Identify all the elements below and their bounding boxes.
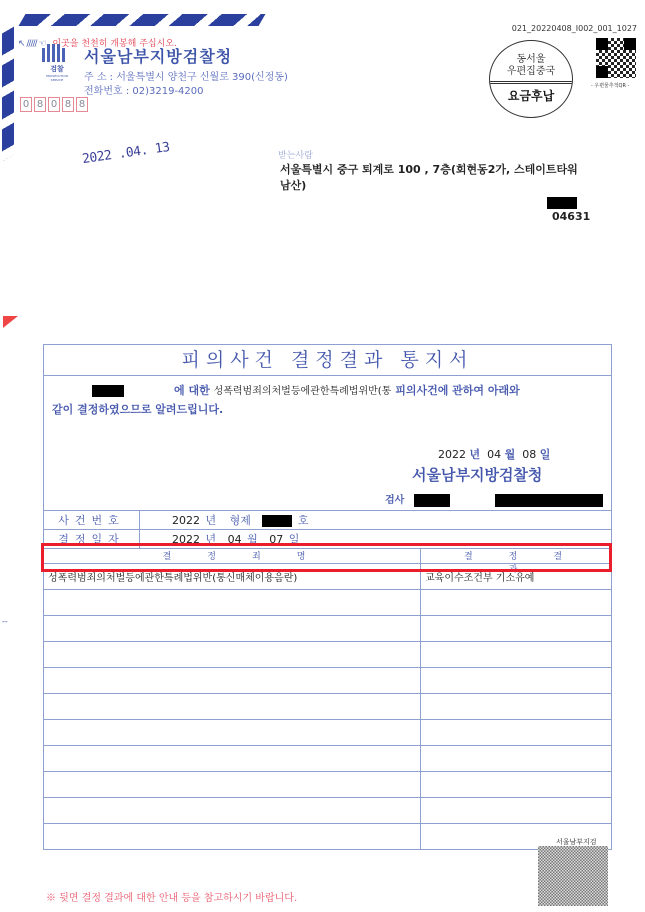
received-date-stamp: 2022 .04. 13	[81, 140, 170, 167]
table-row-empty	[44, 693, 611, 719]
recipient-zip: 04631	[552, 210, 590, 223]
red-corner-mark	[3, 316, 18, 328]
crime-cell	[44, 590, 421, 615]
crime-cell	[44, 824, 421, 849]
prosecutor-name-redacted	[414, 494, 450, 507]
recipient-label: 받는사람	[278, 148, 313, 161]
decision-notice-form: 피의사건 결정결과 통지서 에 대한 성폭력범죄의처벌등에관한특례법위반(통 피…	[43, 344, 612, 850]
table-row-empty	[44, 719, 611, 745]
logo-text: 검찰	[42, 64, 72, 74]
document-code: 021_20220408_I002_001_1027	[512, 24, 637, 33]
table-row-empty	[44, 667, 611, 693]
intro-rest2: 같이 결정하였으므로 알려드립니다.	[52, 403, 223, 416]
highlight-box	[41, 543, 612, 572]
case-suffix: 호	[298, 514, 309, 527]
crime-cell	[44, 668, 421, 693]
crime-cell	[44, 642, 421, 667]
zip-digit: 8	[62, 97, 74, 112]
airmail-stripe-top	[19, 14, 266, 26]
table-row-empty	[44, 797, 611, 823]
logo-bars-icon	[42, 44, 72, 62]
table-row-empty	[44, 615, 611, 641]
prosecutor-label: 검사	[385, 495, 404, 506]
sender-zip: 0 8 0 8 8	[20, 97, 88, 112]
intro-rest1: 피의사건에 관하여 아래와	[395, 384, 520, 397]
issuing-office: 서울남부지방검찰청	[412, 466, 542, 484]
suspect-name-redacted	[92, 385, 124, 397]
qr-label: - 우편물추적QR -	[591, 82, 629, 89]
crime-cell	[44, 798, 421, 823]
sender-tel: 전화번호 : 02)3219-4200	[84, 82, 204, 97]
table-row-empty	[44, 771, 611, 797]
intro-crime: 성폭력범죄의처벌등에관한특례법위반(통	[214, 386, 392, 397]
notice-title: 피의사건 결정결과 통지서	[44, 345, 611, 376]
issue-day-unit: 일	[540, 448, 551, 461]
decision-table: 결정죄명 결정결과 성폭력범죄의처벌등에관한특례법위반(통신매체이용음란) 교육…	[44, 548, 611, 849]
recipient-name-redacted	[547, 197, 577, 209]
issue-year: 2022	[438, 448, 466, 461]
zip-digit: 0	[48, 97, 60, 112]
logo-subtext: PROSECUTION SERVICE	[42, 74, 72, 82]
table-row-empty	[44, 589, 611, 615]
case-type: 형제	[230, 514, 251, 527]
sender-name: 서울남부지방검찰청	[84, 44, 232, 67]
prosecutor-line: 검사	[385, 492, 603, 510]
issue-day: 08	[522, 448, 536, 461]
prosecutor-seal-redacted	[495, 494, 603, 507]
issue-month: 04	[487, 448, 501, 461]
footnote: ※ 뒷면 결정 결과에 대한 안내 등을 참고하시기 바랍니다.	[46, 889, 297, 904]
crime-cell	[44, 772, 421, 797]
postmark-office-line1: 동서울	[507, 54, 555, 66]
zip-digit: 8	[34, 97, 46, 112]
recipient-address: 서울특별시 중구 퇴계로 100 , 7층(회현동2가, 스테이트타워 남산)	[280, 162, 590, 194]
zip-digit: 8	[76, 97, 88, 112]
zip-digit: 0	[20, 97, 32, 112]
crime-cell	[44, 720, 421, 745]
case-year-unit: 년	[206, 514, 217, 527]
issue-date: 2022 년 04 월 08 일	[438, 446, 550, 464]
intro-about: 에 대한	[174, 384, 210, 397]
case-year: 2022	[172, 514, 200, 527]
airmail-stripe-left	[2, 27, 14, 162]
notice-intro: 에 대한 성폭력범죄의처벌등에관한특례법위반(통 피의사건에 관하여 아래와 같…	[44, 376, 611, 510]
case-number-row: 사건번호 2022 년 형제 호	[44, 510, 611, 529]
table-row-empty	[44, 745, 611, 771]
authentication-code-icon	[538, 846, 608, 906]
crime-cell	[44, 616, 421, 641]
postmark-stamp: 동서울 우편집중국 요금후납	[489, 40, 573, 118]
issue-year-unit: 년	[470, 448, 481, 461]
postmark-fee: 요금후납	[508, 87, 554, 104]
table-row-empty	[44, 641, 611, 667]
sender-address: 주 소 : 서울특별시 양천구 신월로 390(신정동)	[84, 68, 288, 83]
sender-tel-value: 02)3219-4200	[132, 86, 203, 97]
sender-tel-label: 전화번호	[84, 86, 123, 97]
postmark-office: 동서울 우편집중국	[507, 54, 555, 78]
case-number-redacted	[262, 515, 292, 527]
fold-mark: --	[2, 617, 8, 626]
issue-month-unit: 월	[505, 448, 516, 461]
postmark-divider	[490, 81, 572, 84]
crime-cell	[44, 746, 421, 771]
crime-cell	[44, 694, 421, 719]
prosecution-logo: 검찰 PROSECUTION SERVICE	[42, 44, 72, 82]
postmark-office-line2: 우편집중국	[507, 66, 555, 78]
table-row-empty	[44, 823, 611, 849]
case-number-label: 사건번호	[44, 511, 140, 529]
tracking-qr-code-icon[interactable]	[596, 38, 636, 78]
case-number-value: 2022 년 형제 호	[140, 512, 317, 528]
